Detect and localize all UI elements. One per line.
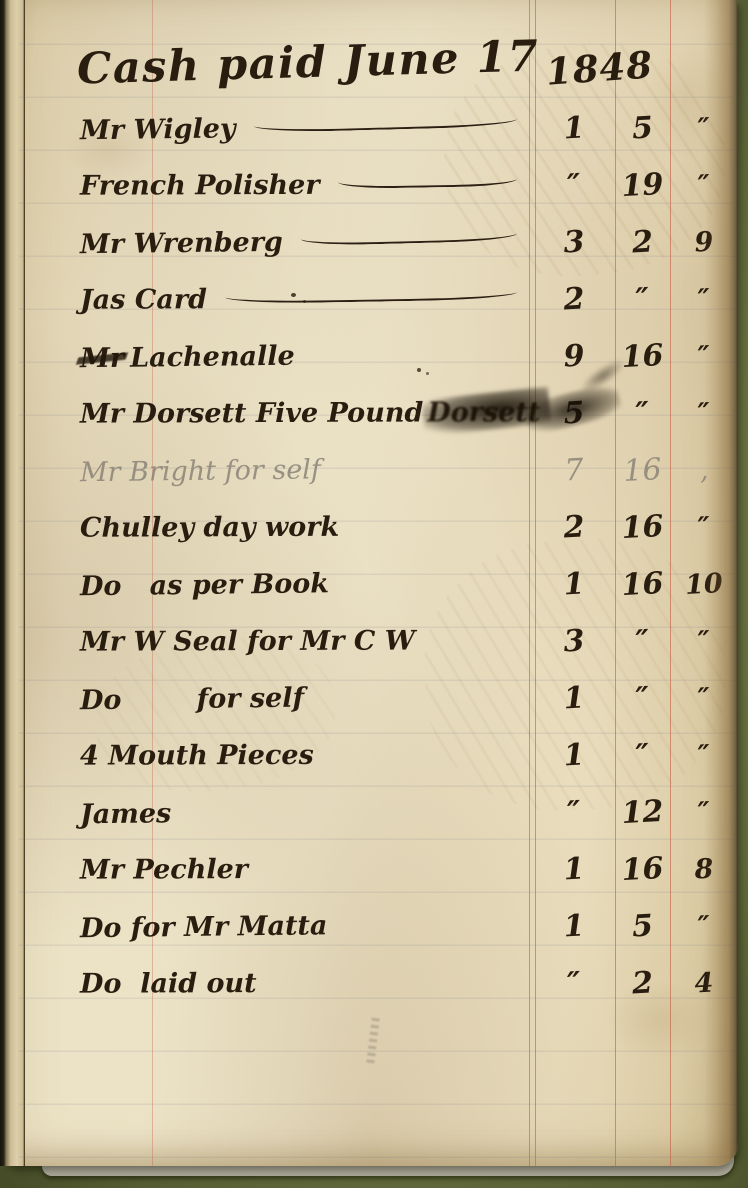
entry-description: Mr Pechler: [80, 854, 248, 886]
entry-shillings: ″: [614, 680, 671, 718]
entry-shillings: 5: [614, 110, 671, 148]
entry-shillings: ″: [614, 623, 671, 661]
entry-dash-line: [301, 226, 517, 246]
entry-shillings: ″: [614, 281, 671, 319]
ledger-row: Do for Mr Matta 1 5 ″: [5, 898, 738, 955]
entry-description: Mr Wrenberg: [80, 227, 283, 260]
entry-shillings: 16: [614, 452, 671, 490]
entry-pounds: 7: [532, 451, 616, 490]
ink-smudge: [291, 293, 296, 297]
ledger-row: James ″ 12 ″: [5, 784, 738, 841]
entry-description: James: [80, 798, 172, 830]
entry-description: 4 Mouth Pieces: [80, 740, 314, 772]
entry-pounds: 2: [532, 280, 616, 319]
ledger-page: Cash paid June 17 1848 Mr Wigley 1 5 ″ F…: [5, 0, 738, 1166]
ledger-title: Cash paid June 17: [76, 32, 540, 95]
ledger-row: Jas Card 2 ″ ″: [5, 271, 738, 328]
pencil-smudge: [366, 1018, 380, 1065]
entry-shillings: 19: [614, 167, 671, 205]
entry-description: Do laid out: [80, 968, 257, 1000]
entry-struck-text: Mr: [80, 343, 125, 375]
entry-pounds: 2: [532, 508, 616, 547]
ledger-row: Mr Pechler 1 16 8: [5, 841, 738, 898]
entry-shillings: 5: [614, 908, 671, 946]
ledger-row: 4 Mouth Pieces 1 ″ ″: [5, 727, 738, 784]
entry-pounds: ″: [532, 793, 616, 832]
entry-description: Mr W Seal for Mr C W: [80, 625, 415, 657]
entry-pounds: 1: [532, 565, 616, 604]
ledger-row: Do as per Book 1 16 10: [5, 556, 738, 613]
page-right-edge: [704, 0, 738, 1166]
entry-pounds: 1: [532, 736, 616, 775]
entry-shillings: 2: [614, 965, 671, 1003]
entry-dash-line: [337, 171, 517, 188]
entry-description: Do for self: [80, 683, 304, 717]
ledger-row: Do for self 1 ″ ″: [5, 670, 738, 727]
entry-description: Mr Dorsett Five Pound: [80, 397, 423, 429]
entry-description: Mr Bright for self: [80, 454, 321, 488]
entry-pounds: 1: [532, 109, 616, 148]
entry-description: Do for Mr Matta: [80, 910, 328, 944]
entry-description: Jas Card: [80, 284, 207, 315]
ledger-year: 1848: [545, 42, 655, 93]
entry-pounds: 3: [532, 223, 616, 262]
ink-smudge: [303, 300, 306, 303]
entry-shillings: ″: [614, 737, 671, 775]
ledger-row: French Polisher ″ 19 ″: [5, 157, 738, 214]
entry-description: Chulley day work: [80, 512, 339, 544]
ledger-row: MrLachenalle 9 16 ″: [5, 328, 738, 385]
ledger-row: Mr Dorsett Five PoundDorsett 5 ″ ″: [5, 385, 738, 442]
entry-dash-line: [225, 285, 517, 304]
entry-dash-line: [253, 112, 517, 133]
ink-smudge: [426, 372, 429, 375]
ledger-header: Cash paid June 17 1848: [5, 38, 738, 108]
entry-shillings: 16: [614, 851, 671, 889]
entry-pounds: 1: [532, 907, 616, 946]
ledger-row: Mr Wigley 1 5 ″: [5, 100, 738, 157]
entry-pounds: 1: [532, 679, 616, 718]
ink-smudge: [417, 368, 421, 372]
entry-pounds: ″: [532, 964, 616, 1003]
entry-description: French Polisher: [80, 170, 320, 202]
entry-shillings: 16: [614, 566, 671, 604]
entry-pounds: ″: [532, 166, 616, 205]
ledger-row: Mr W Seal for Mr C W 3 ″ ″: [5, 613, 738, 670]
entry-blotted-text: Dorsett: [427, 397, 540, 428]
ledger-row: Chulley day work 2 16 ″: [5, 499, 738, 556]
entry-description: Mr Wigley: [80, 113, 236, 146]
entry-pounds: 1: [532, 850, 616, 889]
entry-description: Do as per Book: [80, 568, 329, 602]
ledger-row: Mr Bright for self 7 16 ,: [5, 442, 738, 499]
ledger-row: Mr Wrenberg 3 2 9: [5, 214, 738, 271]
scan-background: Cash paid June 17 1848 Mr Wigley 1 5 ″ F…: [0, 0, 748, 1188]
ledger-row: Do laid out ″ 2 4: [5, 955, 738, 1012]
entry-shillings: 16: [614, 509, 671, 547]
entry-shillings: 2: [614, 224, 671, 262]
entry-shillings: 12: [614, 794, 671, 832]
entry-pounds: 3: [532, 622, 616, 661]
entry-description: Lachenalle: [130, 341, 295, 374]
ledger-rows: Mr Wigley 1 5 ″ French Polisher ″ 19 ″ M…: [5, 100, 738, 1012]
